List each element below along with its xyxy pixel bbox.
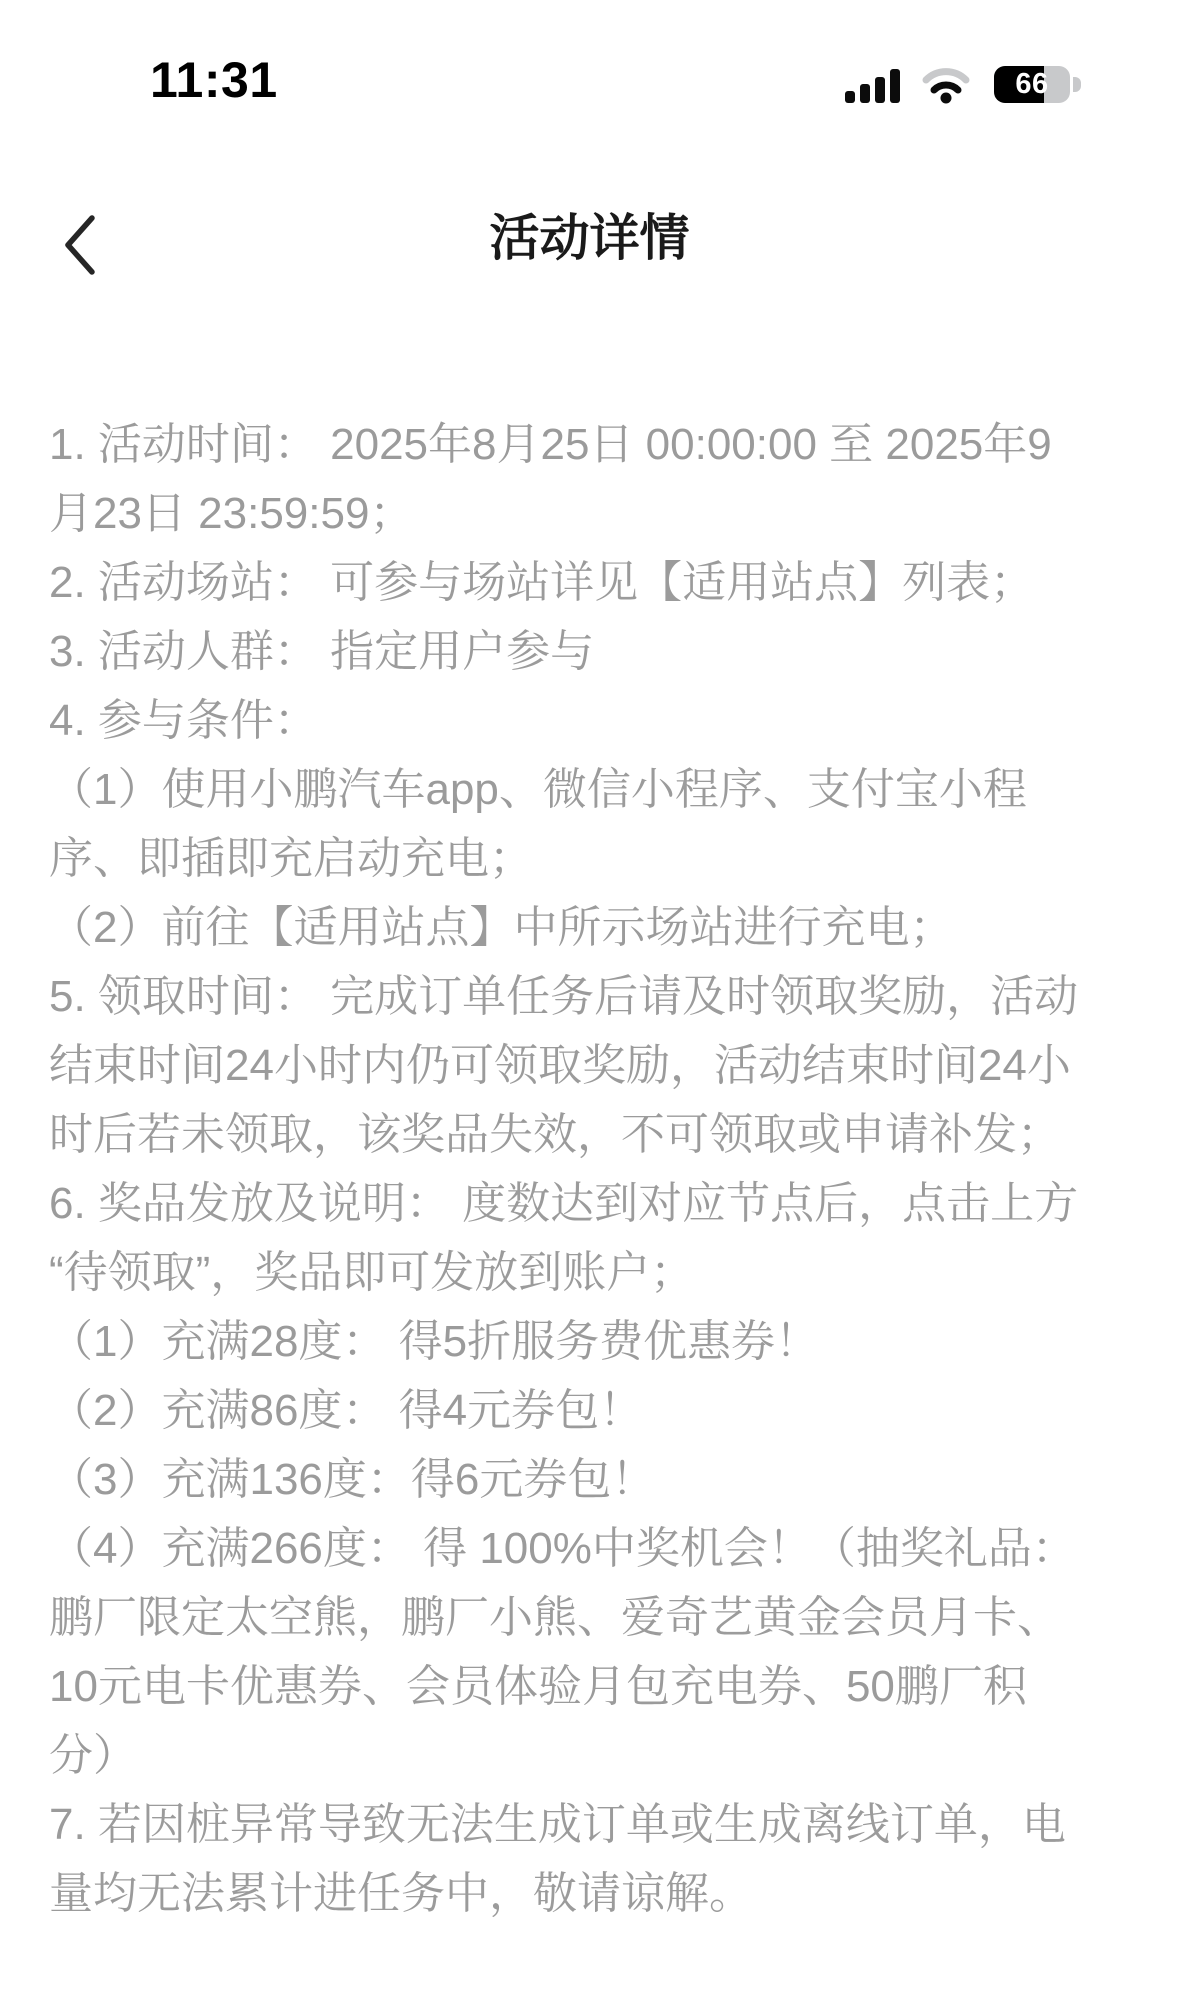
status-bar-time: 11:31 xyxy=(150,55,278,105)
detail-line-5: 4. 参与条件： xyxy=(49,686,1139,755)
signal-bar-3 xyxy=(875,77,885,103)
detail-line-18: 鹏厂限定太空熊，鹏厂小熊、爱奇艺黄金会员月卡、 xyxy=(49,1583,1139,1652)
page-title: 活动详情 xyxy=(0,208,1179,268)
battery-percent-label: 66 xyxy=(994,66,1070,103)
detail-line-6: （1）使用小鹏汽车app、微信小程序、支付宝小程 xyxy=(49,755,1139,824)
cellular-signal-icon xyxy=(845,69,900,103)
battery-icon: 66 xyxy=(994,66,1070,103)
detail-line-14: （1）充满28度： 得5折服务费优惠券！ xyxy=(49,1307,1139,1376)
detail-line-17: （4）充满266度： 得 100%中奖机会！（抽奖礼品： xyxy=(49,1514,1139,1583)
signal-bar-4 xyxy=(890,69,900,103)
detail-line-16: （3）充满136度：得6元券包！ xyxy=(49,1445,1139,1514)
detail-line-13: “待领取”，奖品即可发放到账户； xyxy=(49,1238,1139,1307)
detail-line-1: 1. 活动时间： 2025年8月25日 00:00:00 至 2025年9 xyxy=(49,410,1139,479)
detail-line-15: （2）充满86度： 得4元券包！ xyxy=(49,1376,1139,1445)
activity-detail-screen: 11:31 66 活动详情 1. 活动时间： 2025年8月25日 00:00:… xyxy=(0,0,1179,1991)
detail-line-3: 2. 活动场站： 可参与场站详见【适用站点】列表； xyxy=(49,548,1139,617)
activity-details-text: 1. 活动时间： 2025年8月25日 00:00:00 至 2025年9 月2… xyxy=(49,410,1139,1928)
wifi-icon xyxy=(922,66,970,104)
detail-line-7: 序、即插即充启动充电； xyxy=(49,824,1139,893)
detail-line-11: 时后若未领取，该奖品失效，不可领取或申请补发； xyxy=(49,1100,1139,1169)
detail-line-4: 3. 活动人群： 指定用户参与 xyxy=(49,617,1139,686)
detail-line-12: 6. 奖品发放及说明： 度数达到对应节点后，点击上方 xyxy=(49,1169,1139,1238)
detail-line-22: 量均无法累计进任务中，敬请谅解。 xyxy=(49,1859,1139,1928)
signal-bar-1 xyxy=(845,91,855,103)
signal-bar-2 xyxy=(860,84,870,103)
detail-line-10: 结束时间24小时内仍可领取奖励，活动结束时间24小 xyxy=(49,1031,1139,1100)
detail-line-19: 10元电卡优惠券、会员体验月包充电券、50鹏厂积 xyxy=(49,1652,1139,1721)
detail-line-20: 分） xyxy=(49,1721,1139,1790)
detail-line-21: 7. 若因桩异常导致无法生成订单或生成离线订单，电 xyxy=(49,1790,1139,1859)
detail-line-9: 5. 领取时间： 完成订单任务后请及时领取奖励，活动 xyxy=(49,962,1139,1031)
battery-cap xyxy=(1073,77,1081,92)
detail-line-8: （2）前往【适用站点】中所示场站进行充电； xyxy=(49,893,1139,962)
detail-line-2: 月23日 23:59:59； xyxy=(49,479,1139,548)
